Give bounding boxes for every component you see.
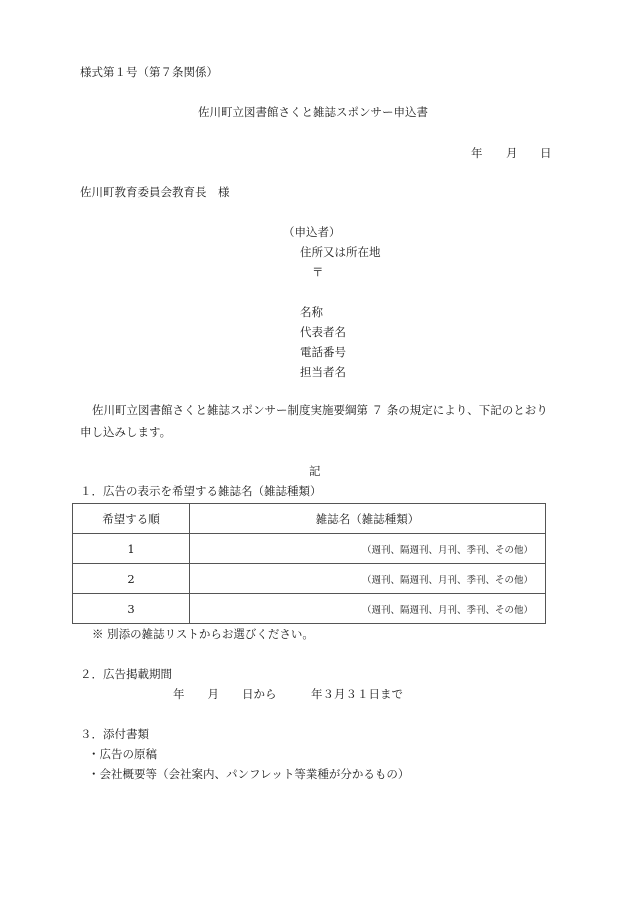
header-magazine: 雑誌名（雑誌種類）: [190, 504, 546, 534]
document-title: 佐川町立図書館さくと雑誌スポンサー申込書: [198, 107, 428, 119]
order-cell: 1: [73, 534, 190, 564]
body-text-line1: 佐川町立図書館さくと雑誌スポンサー制度実施要綱第 ７ 条の規定により、下記のとお…: [92, 405, 548, 417]
ki-heading: 記: [309, 466, 321, 478]
header-order: 希望する順: [73, 504, 190, 534]
magazine-cell[interactable]: （週刊、隔週刊、月刊、季刊、その他）: [190, 594, 546, 624]
date-month-label: 月: [506, 148, 518, 160]
table-header-row: 希望する順 雑誌名（雑誌種類）: [73, 504, 546, 534]
representative-label: 代表者名: [300, 327, 346, 339]
table-row: 3 （週刊、隔週刊、月刊、季刊、その他）: [73, 594, 546, 624]
magazine-cell[interactable]: （週刊、隔週刊、月刊、季刊、その他）: [190, 534, 546, 564]
address-label: 住所又は所在地: [300, 247, 381, 259]
magazine-cell[interactable]: （週刊、隔週刊、月刊、季刊、その他）: [190, 564, 546, 594]
publication-period: 年 月 日から 年３月３１日まで: [173, 689, 403, 701]
date-day-label: 日: [540, 148, 552, 160]
postal-mark: 〒: [312, 267, 324, 279]
table-row: 2 （週刊、隔週刊、月刊、季刊、その他）: [73, 564, 546, 594]
section1-heading: １．広告の表示を希望する雑誌名（雑誌種類）: [80, 486, 322, 498]
section2-heading: ２．広告掲載期間: [80, 669, 172, 681]
magazine-table: 希望する順 雑誌名（雑誌種類） 1 （週刊、隔週刊、月刊、季刊、その他） 2 （…: [72, 503, 546, 624]
order-cell: 3: [73, 594, 190, 624]
date-year-label: 年: [471, 148, 483, 160]
attachment-item: ・広告の原稿: [88, 749, 157, 761]
section3-heading: ３．添付書類: [80, 729, 149, 741]
table-note: ※ 別添の雑誌リストからお選びください。: [92, 629, 314, 641]
order-cell: 2: [73, 564, 190, 594]
name-label: 名称: [300, 307, 323, 319]
addressee: 佐川町教育委員会教育長 様: [80, 187, 230, 199]
body-text-line2: 申し込みします。: [80, 427, 171, 439]
applicant-heading: （申込者）: [283, 227, 341, 239]
attachment-item: ・会社概要等（会社案内、パンフレット等業種が分かるもの）: [88, 769, 409, 781]
phone-label: 電話番号: [300, 347, 346, 359]
contact-label: 担当者名: [300, 367, 346, 379]
form-number: 様式第１号（第７条関係）: [80, 67, 218, 79]
table-row: 1 （週刊、隔週刊、月刊、季刊、その他）: [73, 534, 546, 564]
